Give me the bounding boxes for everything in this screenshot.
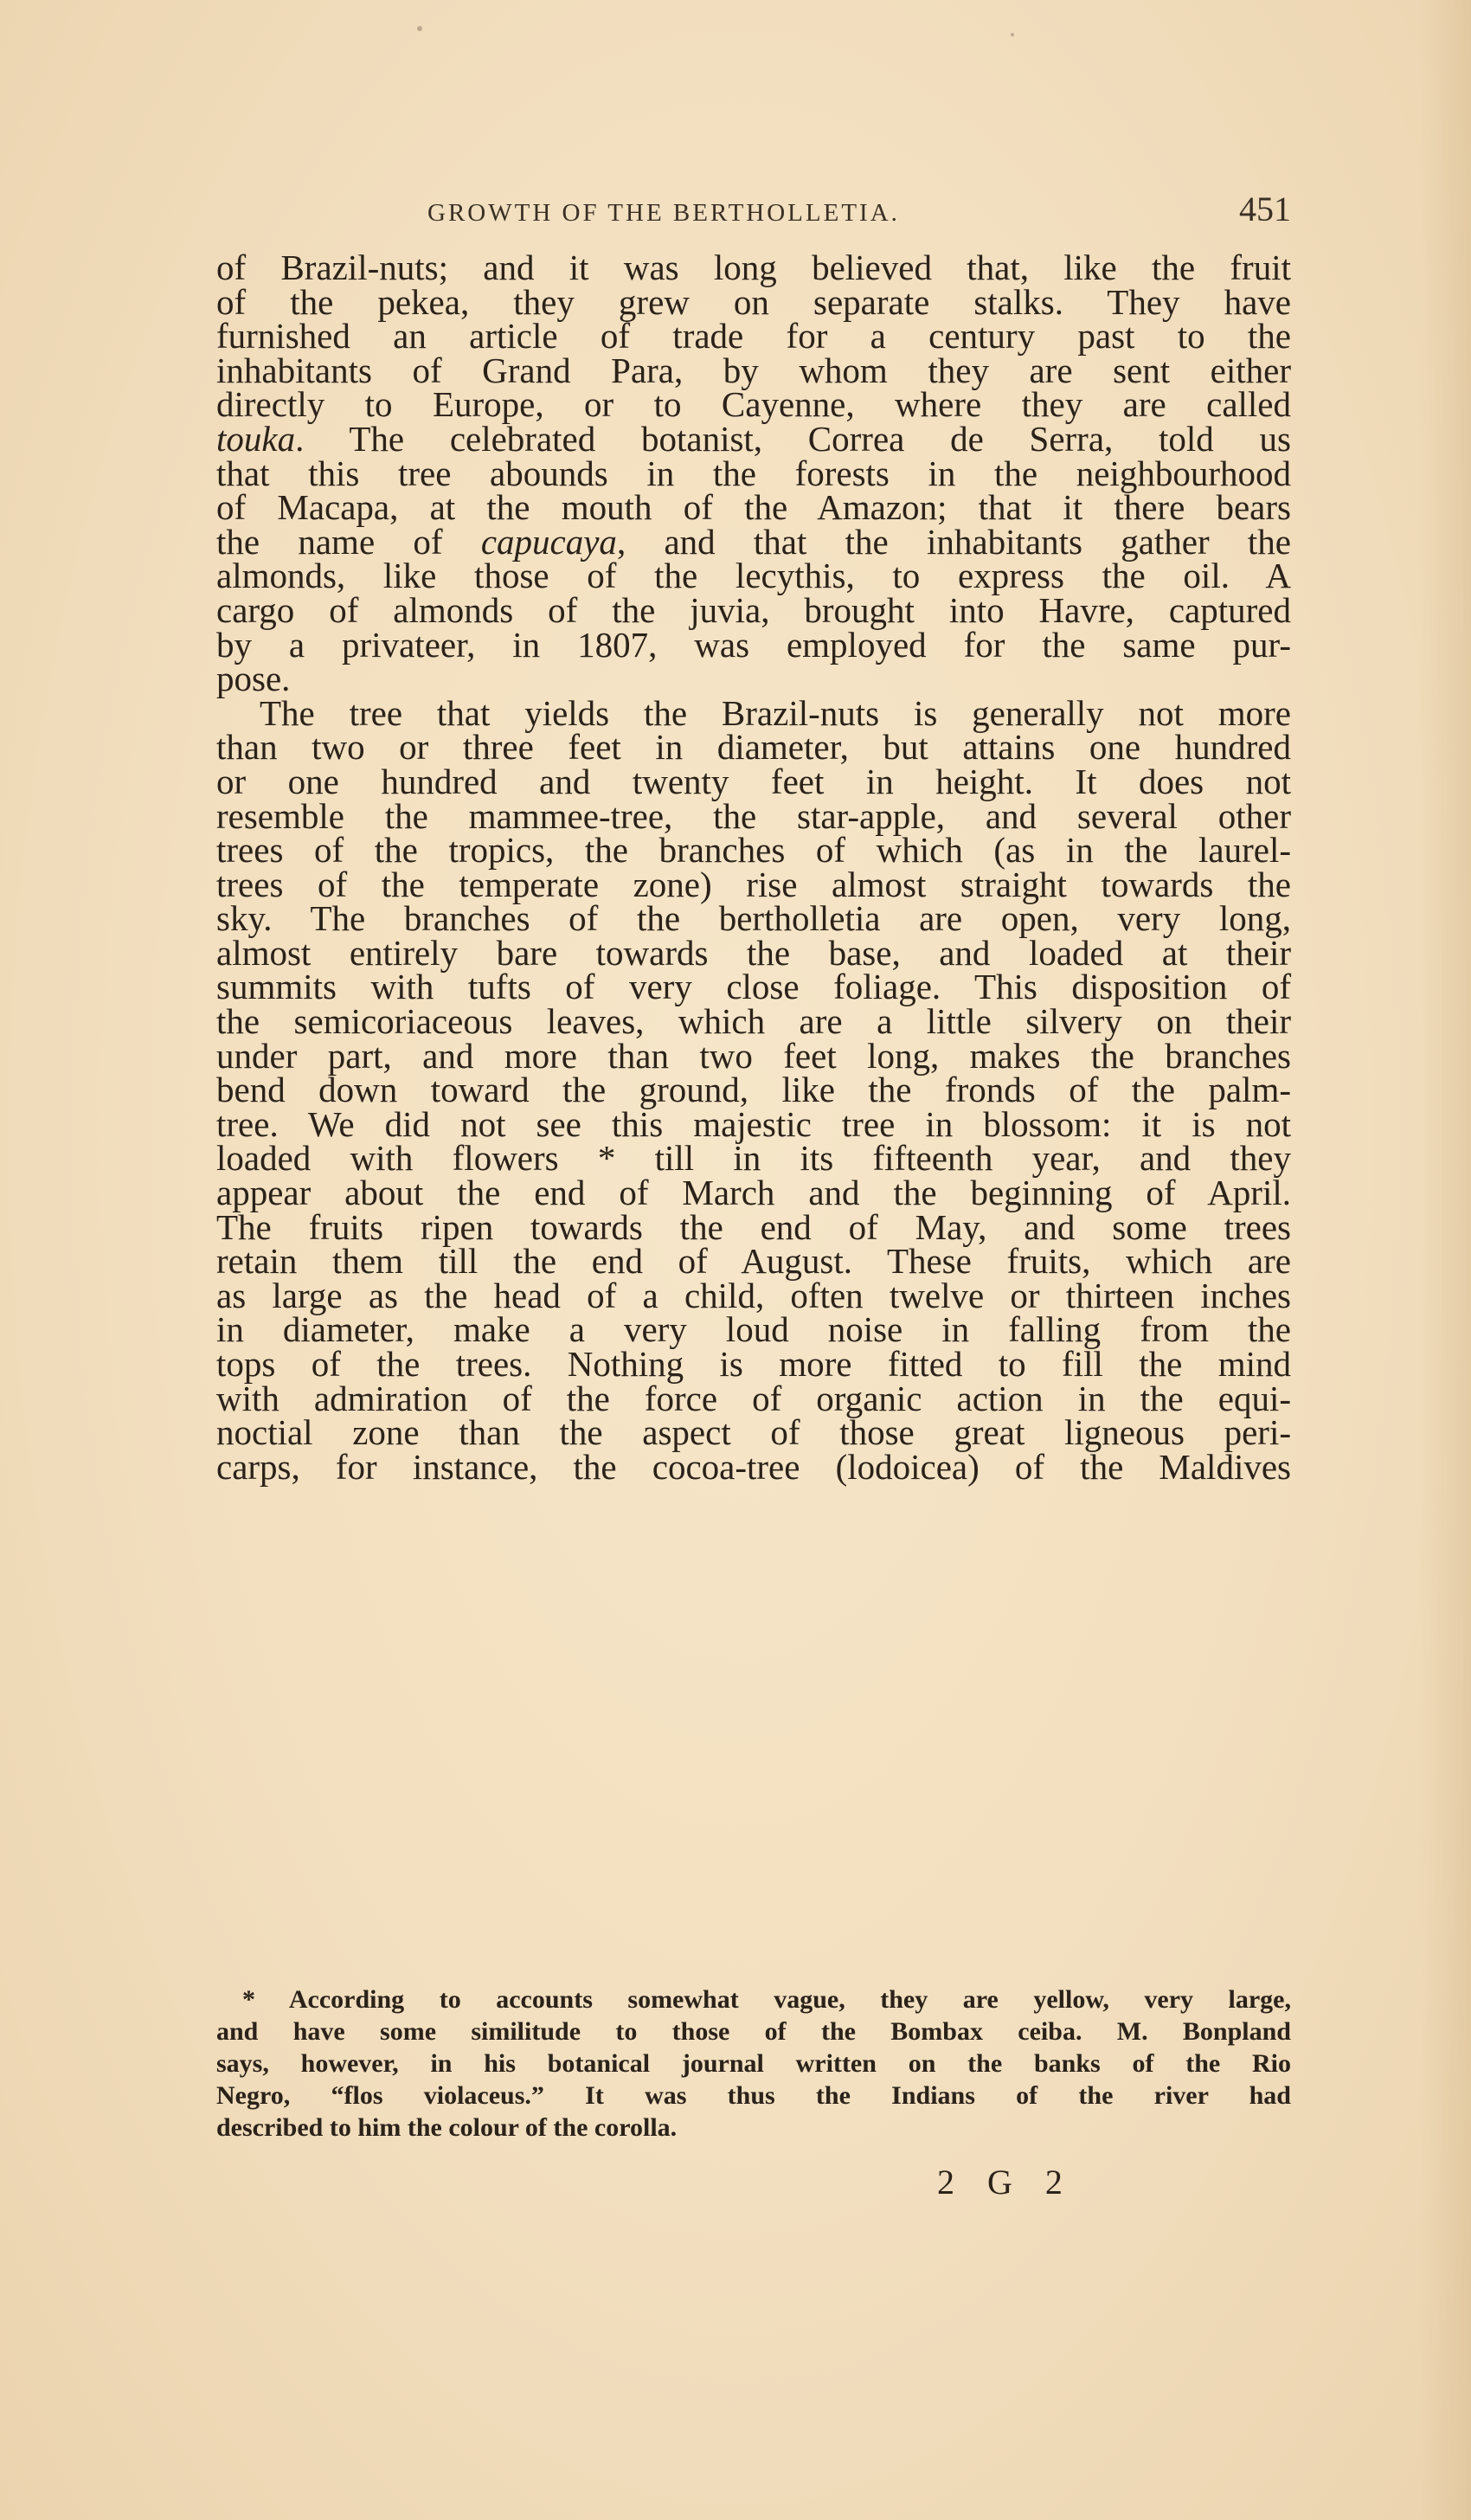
text-line: trees of the tropics, the branches of wh… [216,833,1291,868]
text-line-italic-term: touka. The celebrated botanist, Correa d… [216,422,1291,457]
text-line: sky. The branches of the bertholletia ar… [216,902,1291,936]
text-line: of the pekea, they grew on separate stal… [216,286,1291,320]
text-line: that this tree abounds in the forests in… [216,457,1291,492]
text-line: directly to Europe, or to Cayenne, where… [216,388,1291,422]
text-line: bend down toward the ground, like the fr… [216,1073,1291,1108]
paragraph-2: The tree that yields the Brazil-nuts is … [216,697,1291,1485]
text-line: The tree that yields the Brazil-nuts is … [216,697,1291,731]
text-line: furnished an article of trade for a cent… [216,319,1291,354]
text-line: trees of the temperate zone) rise almost… [216,868,1291,903]
text-line: of Brazil-nuts; and it was long believed… [216,251,1291,286]
text-line: under part, and more than two feet long,… [216,1039,1291,1074]
text-line: by a privateer, in 1807, was employed fo… [216,628,1291,663]
text-line: resemble the mammee-tree, the star-apple… [216,800,1291,834]
footnote: * According to accounts somewhat vague, … [216,1983,1291,2144]
paper-speck [1011,33,1014,36]
text-line-italic-term: the name of capucaya, and that the inhab… [216,525,1291,560]
footnote-line: Negro, “flos violaceus.” It was thus the… [216,2080,1291,2112]
book-page: GROWTH OF THE BERTHOLLETIA. 451 of Brazi… [0,0,1471,2520]
text-line: cargo of almonds of the juvia, brought i… [216,594,1291,628]
paragraph-1: of Brazil-nuts; and it was long believed… [216,251,1291,697]
text-line: carps, for instance, the cocoa-tree (lod… [216,1450,1291,1485]
text-line: than two or three feet in diameter, but … [216,730,1291,765]
text-line: tree. We did not see this majestic tree … [216,1108,1291,1142]
running-head: GROWTH OF THE BERTHOLLETIA. 451 [426,189,1291,232]
text-line: noctial zone than the aspect of those gr… [216,1416,1291,1450]
footnote-line: described to him the colour of the corol… [216,2112,1291,2144]
text-line: tops of the trees. Nothing is more fitte… [216,1347,1291,1382]
text-line: pose. [216,662,1291,697]
text-line: the semicoriaceous leaves, which are a l… [216,1005,1291,1039]
text-line: summits with tufts of very close foliage… [216,970,1291,1005]
text-line: or one hundred and twenty feet in height… [216,765,1291,800]
footnote-line: says, however, in his botanical journal … [216,2047,1291,2080]
signature-mark: 2 G 2 [937,2162,1075,2202]
text-line: appear about the end of March and the be… [216,1176,1291,1211]
text-line: retain them till the end of August. Thes… [216,1244,1291,1279]
text-line: in diameter, make a very loud noise in f… [216,1313,1291,1347]
text-line: inhabitants of Grand Para, by whom they … [216,354,1291,389]
text-line-footnote-ref: loaded with flowers * till in its fiftee… [216,1141,1291,1176]
paper-speck [417,26,422,31]
text-line: with admiration of the force of organic … [216,1382,1291,1417]
page-number: 451 [1239,189,1291,229]
text-line: of Macapa, at the mouth of the Amazon; t… [216,491,1291,525]
running-head-title: GROWTH OF THE BERTHOLLETIA. [427,199,900,228]
text-line: as large as the head of a child, often t… [216,1279,1291,1314]
text-line: The fruits ripen towards the end of May,… [216,1211,1291,1245]
text-line: almonds, like those of the lecythis, to … [216,559,1291,594]
body-text: of Brazil-nuts; and it was long believed… [216,251,1291,1484]
footnote-line: and have some similitude to those of the… [216,2015,1291,2047]
footnote-line: * According to accounts somewhat vague, … [216,1983,1291,2015]
text-line: almost entirely bare towards the base, a… [216,936,1291,971]
